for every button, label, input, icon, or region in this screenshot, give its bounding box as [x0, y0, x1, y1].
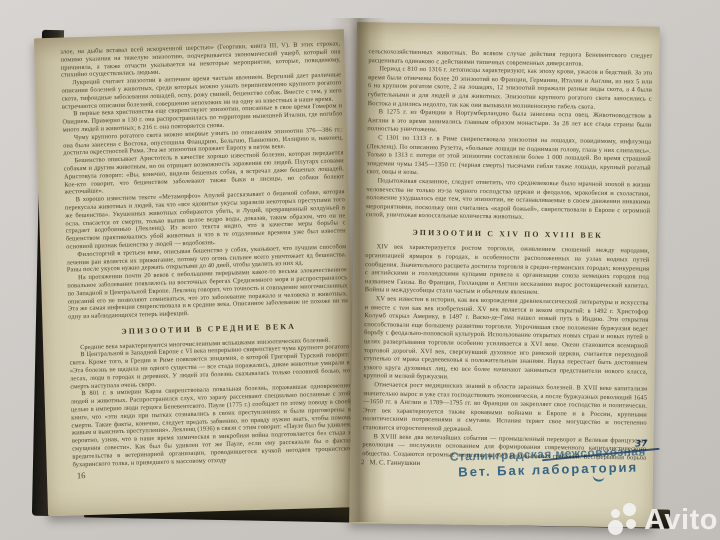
- paragraph: С 1301 по 1313 г. в Риме свирепствовала …: [367, 134, 652, 181]
- right-page-paragraphs-after-heading: XIV век характеризуется ростом торговли,…: [362, 244, 649, 461]
- right-page-paragraphs-top: сельскохозяйственных животных. Во всяком…: [366, 48, 653, 224]
- heading-xiv-xviii-century: ЭПИЗООТИИ С XIV ПО XVIII ВЕК: [366, 228, 650, 241]
- left-page-paragraphs-top: злое, на дыбы вставал всей искорченной ш…: [60, 40, 348, 321]
- stamp-handwritten-number: 37: [635, 439, 648, 449]
- paragraph: XIV век характеризуется ростом торговли,…: [365, 244, 650, 300]
- avito-wordmark: Avito: [644, 506, 718, 535]
- left-page: злое, на дыбы вставал всей искорченной ш…: [34, 29, 358, 516]
- paragraph: Отмечается рост медицинских знаний в обл…: [363, 381, 648, 437]
- paragraph: В хорошо известном тексте «Метаморфоз» А…: [65, 188, 346, 251]
- paragraph: В 801 г. в империи Карла свирепствовала …: [70, 383, 352, 469]
- left-page-paragraphs-after-heading: Средние века характеризуются многочислен…: [69, 336, 353, 469]
- book-photo: злое, на дыбы вставал всей искорченной ш…: [0, 0, 720, 540]
- left-page-text: злое, на дыбы вставал всей искорченной ш…: [60, 40, 352, 470]
- avito-watermark: Avito: [608, 503, 718, 537]
- right-page-text: сельскохозяйственных животных. Во всяком…: [362, 48, 652, 460]
- page-number: 16: [77, 470, 86, 480]
- printer-signature: 2 М. С. Ганнушкин: [361, 459, 420, 467]
- paragraph: На протяжении почти 20 веков с небольшим…: [67, 266, 348, 321]
- avito-logo-icon: [608, 503, 641, 537]
- paragraph: Период с 810 по 1316 г. летописцы характ…: [368, 65, 653, 112]
- paragraph: Подытоживая сказанное, следует отметить,…: [366, 177, 651, 224]
- library-stamp: Сталинградская межсовхозная Вет. Бак лаб…: [446, 444, 651, 480]
- heading-middle-ages: ЭПИЗООТИИ В СРЕДНИЕ ВЕКА: [69, 321, 349, 337]
- paragraph: XV век известен в истории, как век возро…: [363, 295, 648, 385]
